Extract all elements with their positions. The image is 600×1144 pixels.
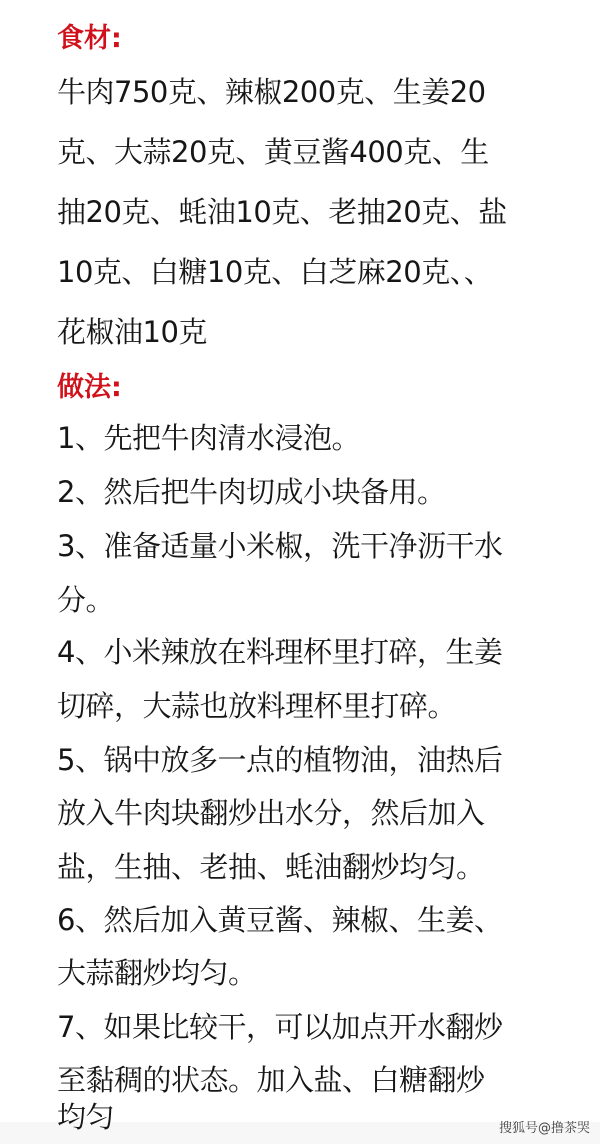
watermark: 搜狐号@撸茶哭 bbox=[499, 1117, 590, 1136]
step-line: 放入牛肉块翻炒出水分，然后加入 bbox=[57, 795, 485, 831]
step-line: 5、锅中放多一点的植物油，油热后 bbox=[57, 742, 502, 778]
step-line: 2、然后把牛肉切成小块备用。 bbox=[57, 474, 445, 510]
step-line: 7、如果比较干，可以加点开水翻炒 bbox=[57, 1009, 502, 1045]
step-line: 盐，生抽、老抽、蚝油翻炒均匀。 bbox=[57, 849, 485, 885]
step-line: 6、然后加入黄豆酱、辣椒、生姜、 bbox=[57, 902, 502, 938]
step-line: 切碎，大蒜也放料理杯里打碎。 bbox=[57, 688, 456, 724]
ingredient-line: 花椒油10克 bbox=[57, 314, 207, 350]
ingredient-line: 10克、白糖10克、白芝麻20克、、 bbox=[57, 254, 492, 290]
step-line: 4、小米辣放在料理杯里打碎，生姜 bbox=[57, 634, 502, 670]
step-line: 大蒜翻炒均匀。 bbox=[57, 955, 257, 991]
ingredient-line: 抽20克、蚝油10克、老抽20克、盐 bbox=[57, 194, 507, 230]
ingredient-line: 克、大蒜20克、黄豆酱400克、生 bbox=[57, 134, 489, 170]
method-heading: 做法: bbox=[57, 371, 122, 405]
step-line: 均匀 bbox=[57, 1099, 114, 1135]
step-line: 至黏稠的状态。加入盐、白糖翻炒 bbox=[57, 1062, 485, 1098]
step-line: 分。 bbox=[57, 582, 114, 618]
step-line: 3、准备适量小米椒，洗干净沥干水 bbox=[57, 528, 502, 564]
ingredient-line: 牛肉750克、辣椒200克、生姜20 bbox=[57, 74, 486, 110]
ingredients-heading: 食材: bbox=[57, 22, 122, 56]
step-line: 1、先把牛肉清水浸泡。 bbox=[57, 420, 360, 456]
